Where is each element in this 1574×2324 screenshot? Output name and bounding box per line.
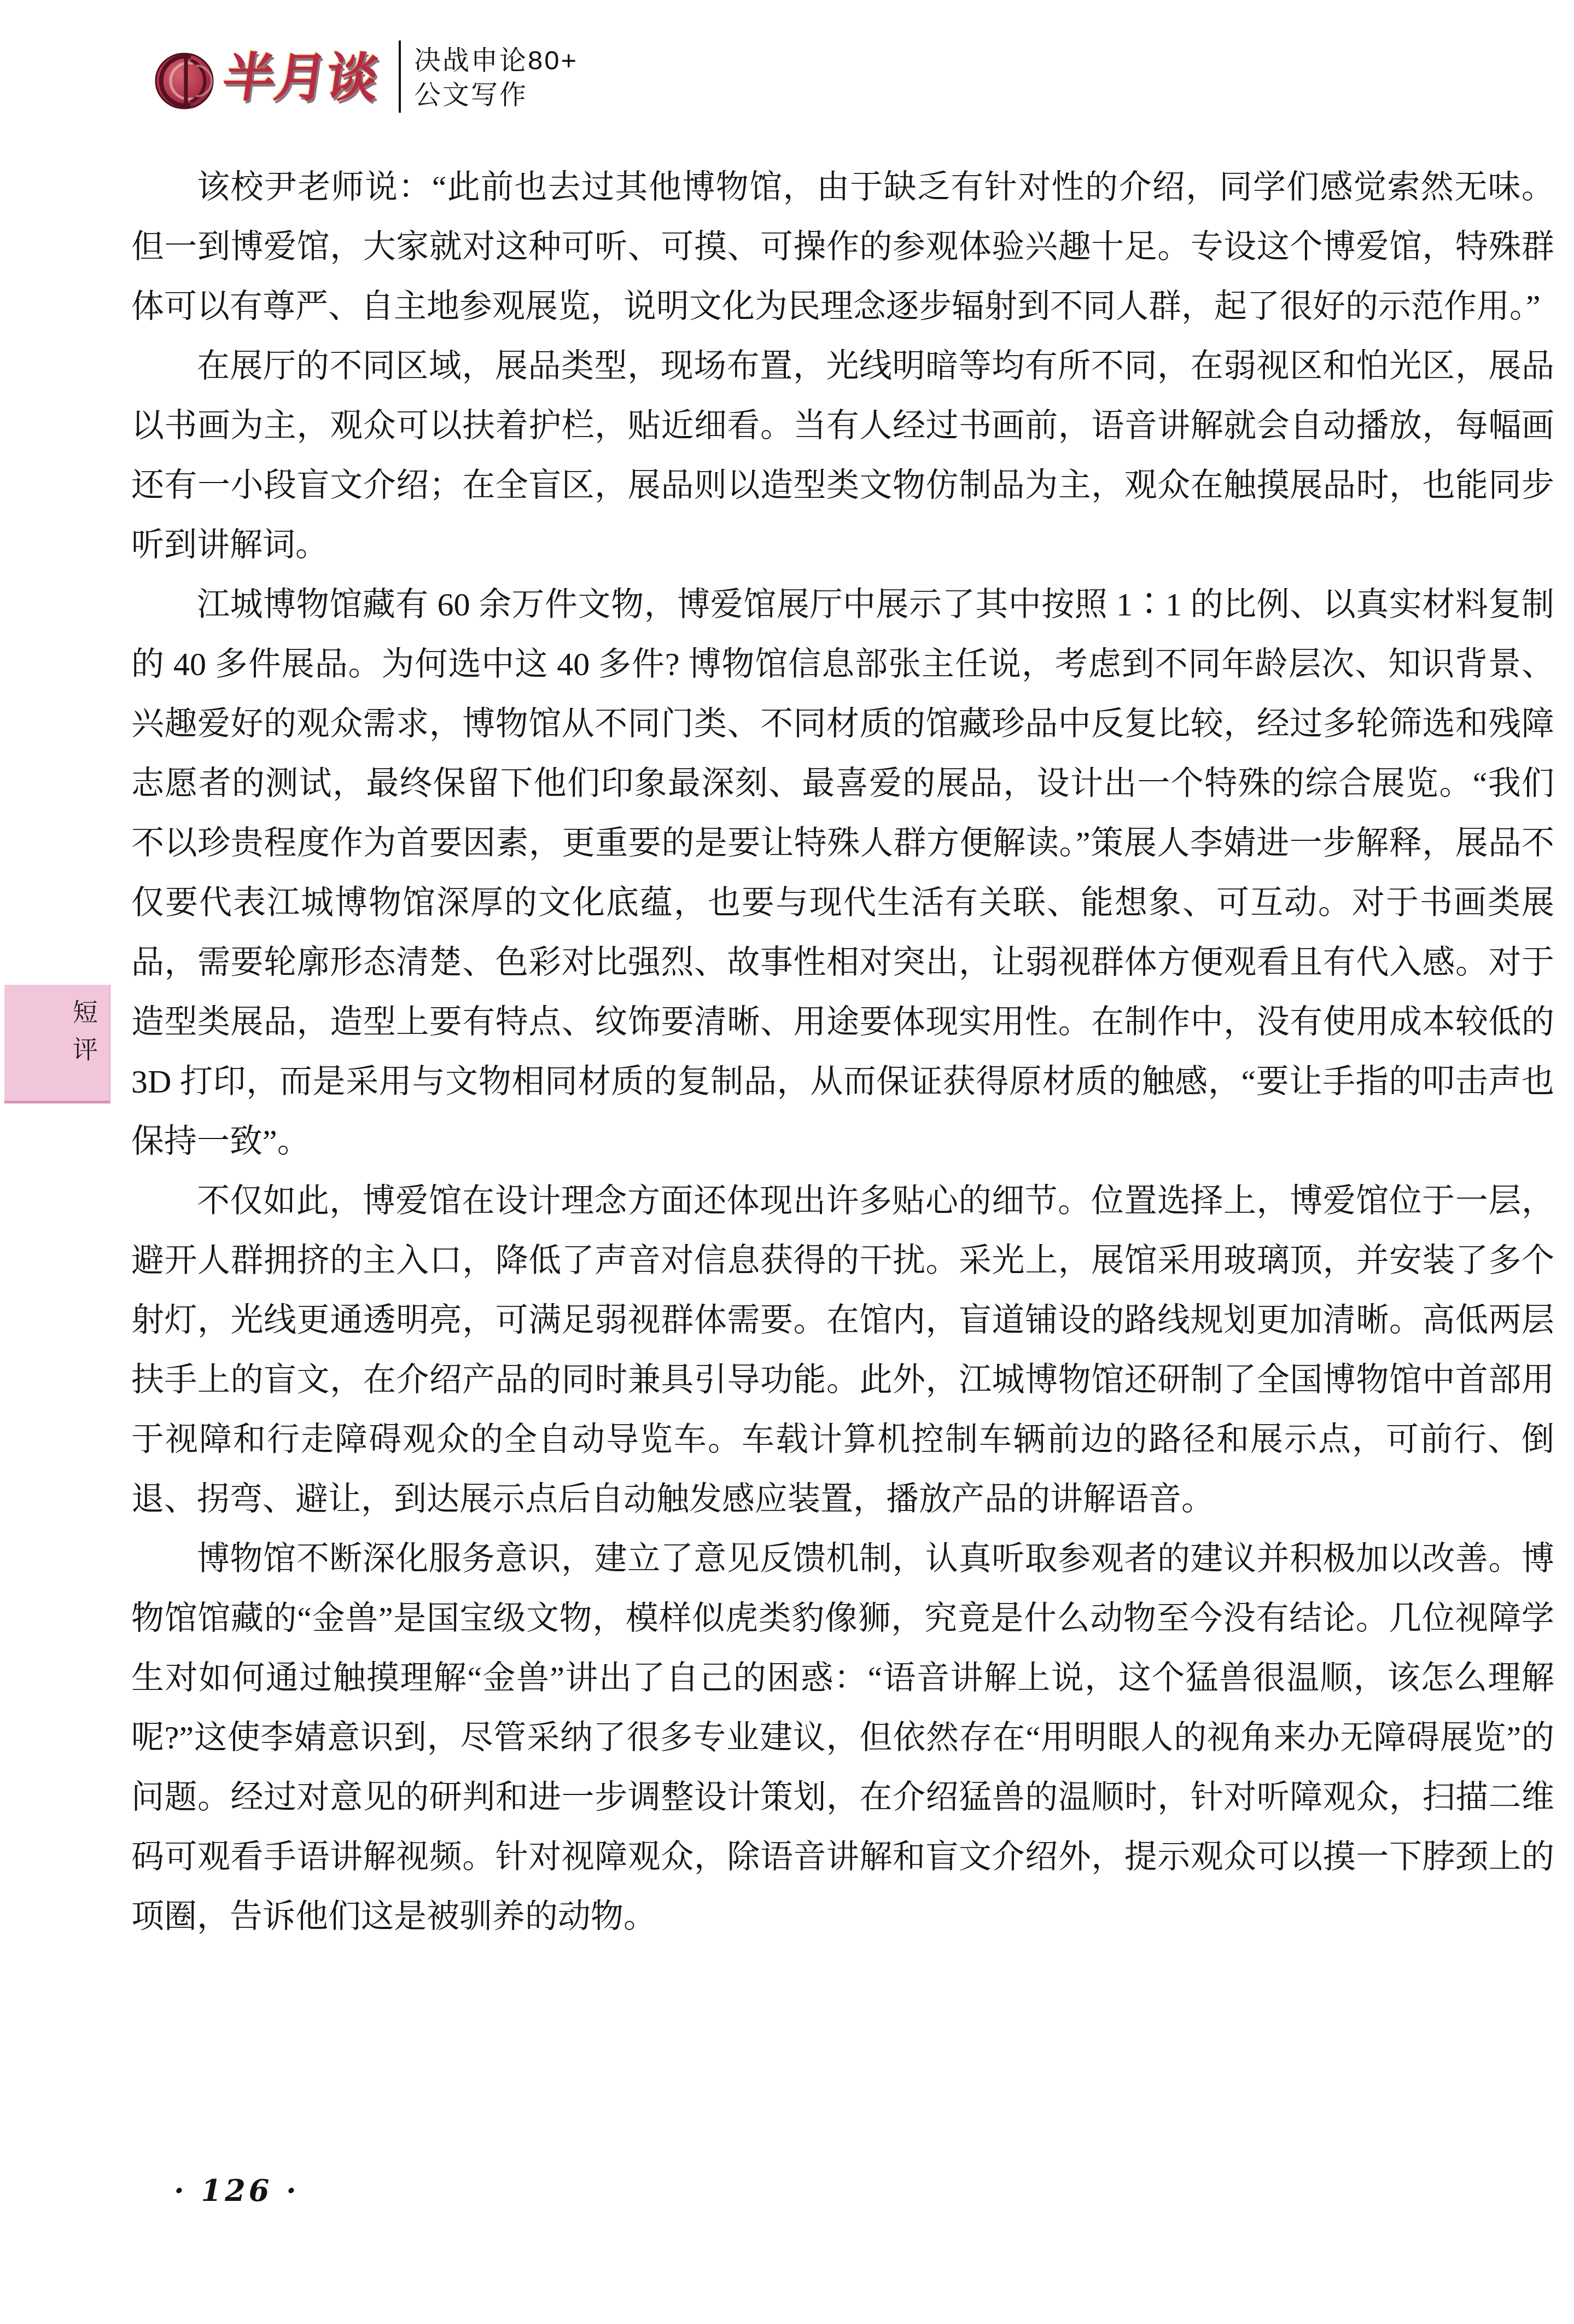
article-body: 该校尹老师说：“此前也去过其他博物馆，由于缺乏有针对性的介绍，同学们感觉索然无味… (131, 158, 1554, 1947)
page-number: · 126 · (174, 2173, 300, 2208)
series-line-1: 决战申论80+ (414, 44, 578, 78)
series-line-2: 公文写作 (414, 78, 578, 113)
paragraph-4: 不仅如此，博爱馆在设计理念方面还体现出许多贴心的细节。位置选择上，博爱馆位于一层… (131, 1171, 1554, 1529)
brand-globe-icon (155, 53, 214, 109)
series-title: 决战申论80+ 公文写作 (414, 44, 578, 113)
section-tab-label: 短评 (66, 999, 102, 1073)
paragraph-1: 该校尹老师说：“此前也去过其他博物馆，由于缺乏有针对性的介绍，同学们感觉索然无味… (131, 158, 1554, 336)
masthead: 半月谈 决战申论80+ 公文写作 (0, 0, 1574, 131)
brand-title: 半月谈 (219, 48, 381, 108)
paragraph-3: 江城博物馆藏有 60 余万件文物，博爱馆展厅中展示了其中按照 1∶1 的比例、以… (131, 575, 1554, 1171)
book-page: 半月谈 决战申论80+ 公文写作 短评 该校尹老师说：“此前也去过其他博物馆，由… (0, 0, 1574, 2324)
section-tab-short-review: 短评 (4, 985, 110, 1103)
header-divider (399, 40, 401, 113)
paragraph-5: 博物馆不断深化服务意识，建立了意见反馈机制，认真听取参观者的建议并积极加以改善。… (131, 1529, 1554, 1947)
paragraph-2: 在展厅的不同区域，展品类型，现场布置，光线明暗等均有所不同，在弱视区和怕光区，展… (131, 336, 1554, 575)
